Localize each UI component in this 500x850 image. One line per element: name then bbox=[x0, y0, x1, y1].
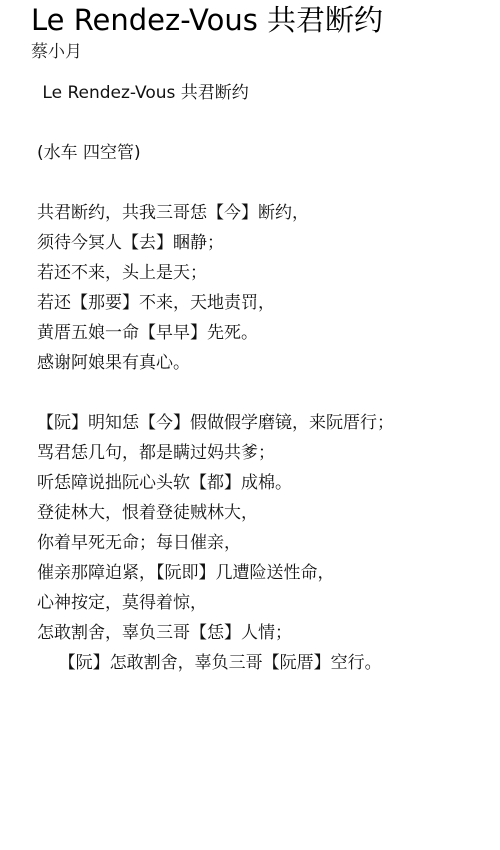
lyric-line: 感谢阿娘果有真心。 bbox=[37, 348, 497, 378]
lyric-line: 催亲那障迫紧，【阮即】几遭险送性命， bbox=[37, 558, 497, 588]
lyric-line: 须待今冥人【去】睏静； bbox=[37, 228, 497, 258]
artist-name: 蔡小月 bbox=[31, 40, 82, 64]
lyric-line: 心神按定，莫得着惊， bbox=[37, 588, 497, 618]
lyric-line: 听恁障说拙阮心头软【都】成棉。 bbox=[37, 468, 497, 498]
lyric-line: (水车 四空管) bbox=[37, 138, 497, 168]
lyric-line: 【阮】怎敢割舍，辜负三哥【阮厝】空行。 bbox=[37, 648, 497, 678]
lyric-line: 若还【那要】不来，天地责罚， bbox=[37, 288, 497, 318]
blank-line bbox=[37, 168, 497, 198]
blank-line bbox=[37, 108, 497, 138]
lyrics-body: Le Rendez-Vous 共君断约 (水车 四空管) 共君断约，共我三哥恁【… bbox=[37, 78, 497, 678]
lyric-line: 登徒林大，恨着登徒贼林大， bbox=[37, 498, 497, 528]
song-title: Le Rendez-Vous 共君断约 bbox=[31, 1, 383, 39]
lyric-line: 若还不来，头上是天； bbox=[37, 258, 497, 288]
lyric-line: 骂君恁几句，都是瞒过妈共爹； bbox=[37, 438, 497, 468]
lyric-line: 共君断约，共我三哥恁【今】断约， bbox=[37, 198, 497, 228]
blank-line bbox=[37, 378, 497, 408]
lyric-line: 怎敢割舍，辜负三哥【恁】人情； bbox=[37, 618, 497, 648]
lyric-line: 你着早死无命；每日催亲， bbox=[37, 528, 497, 558]
lyric-line: 黄厝五娘一命【早早】先死。 bbox=[37, 318, 497, 348]
lyric-line: 【阮】明知恁【今】假做假学磨镜，来阮厝行； bbox=[37, 408, 497, 438]
lyric-line: Le Rendez-Vous 共君断约 bbox=[37, 78, 497, 108]
